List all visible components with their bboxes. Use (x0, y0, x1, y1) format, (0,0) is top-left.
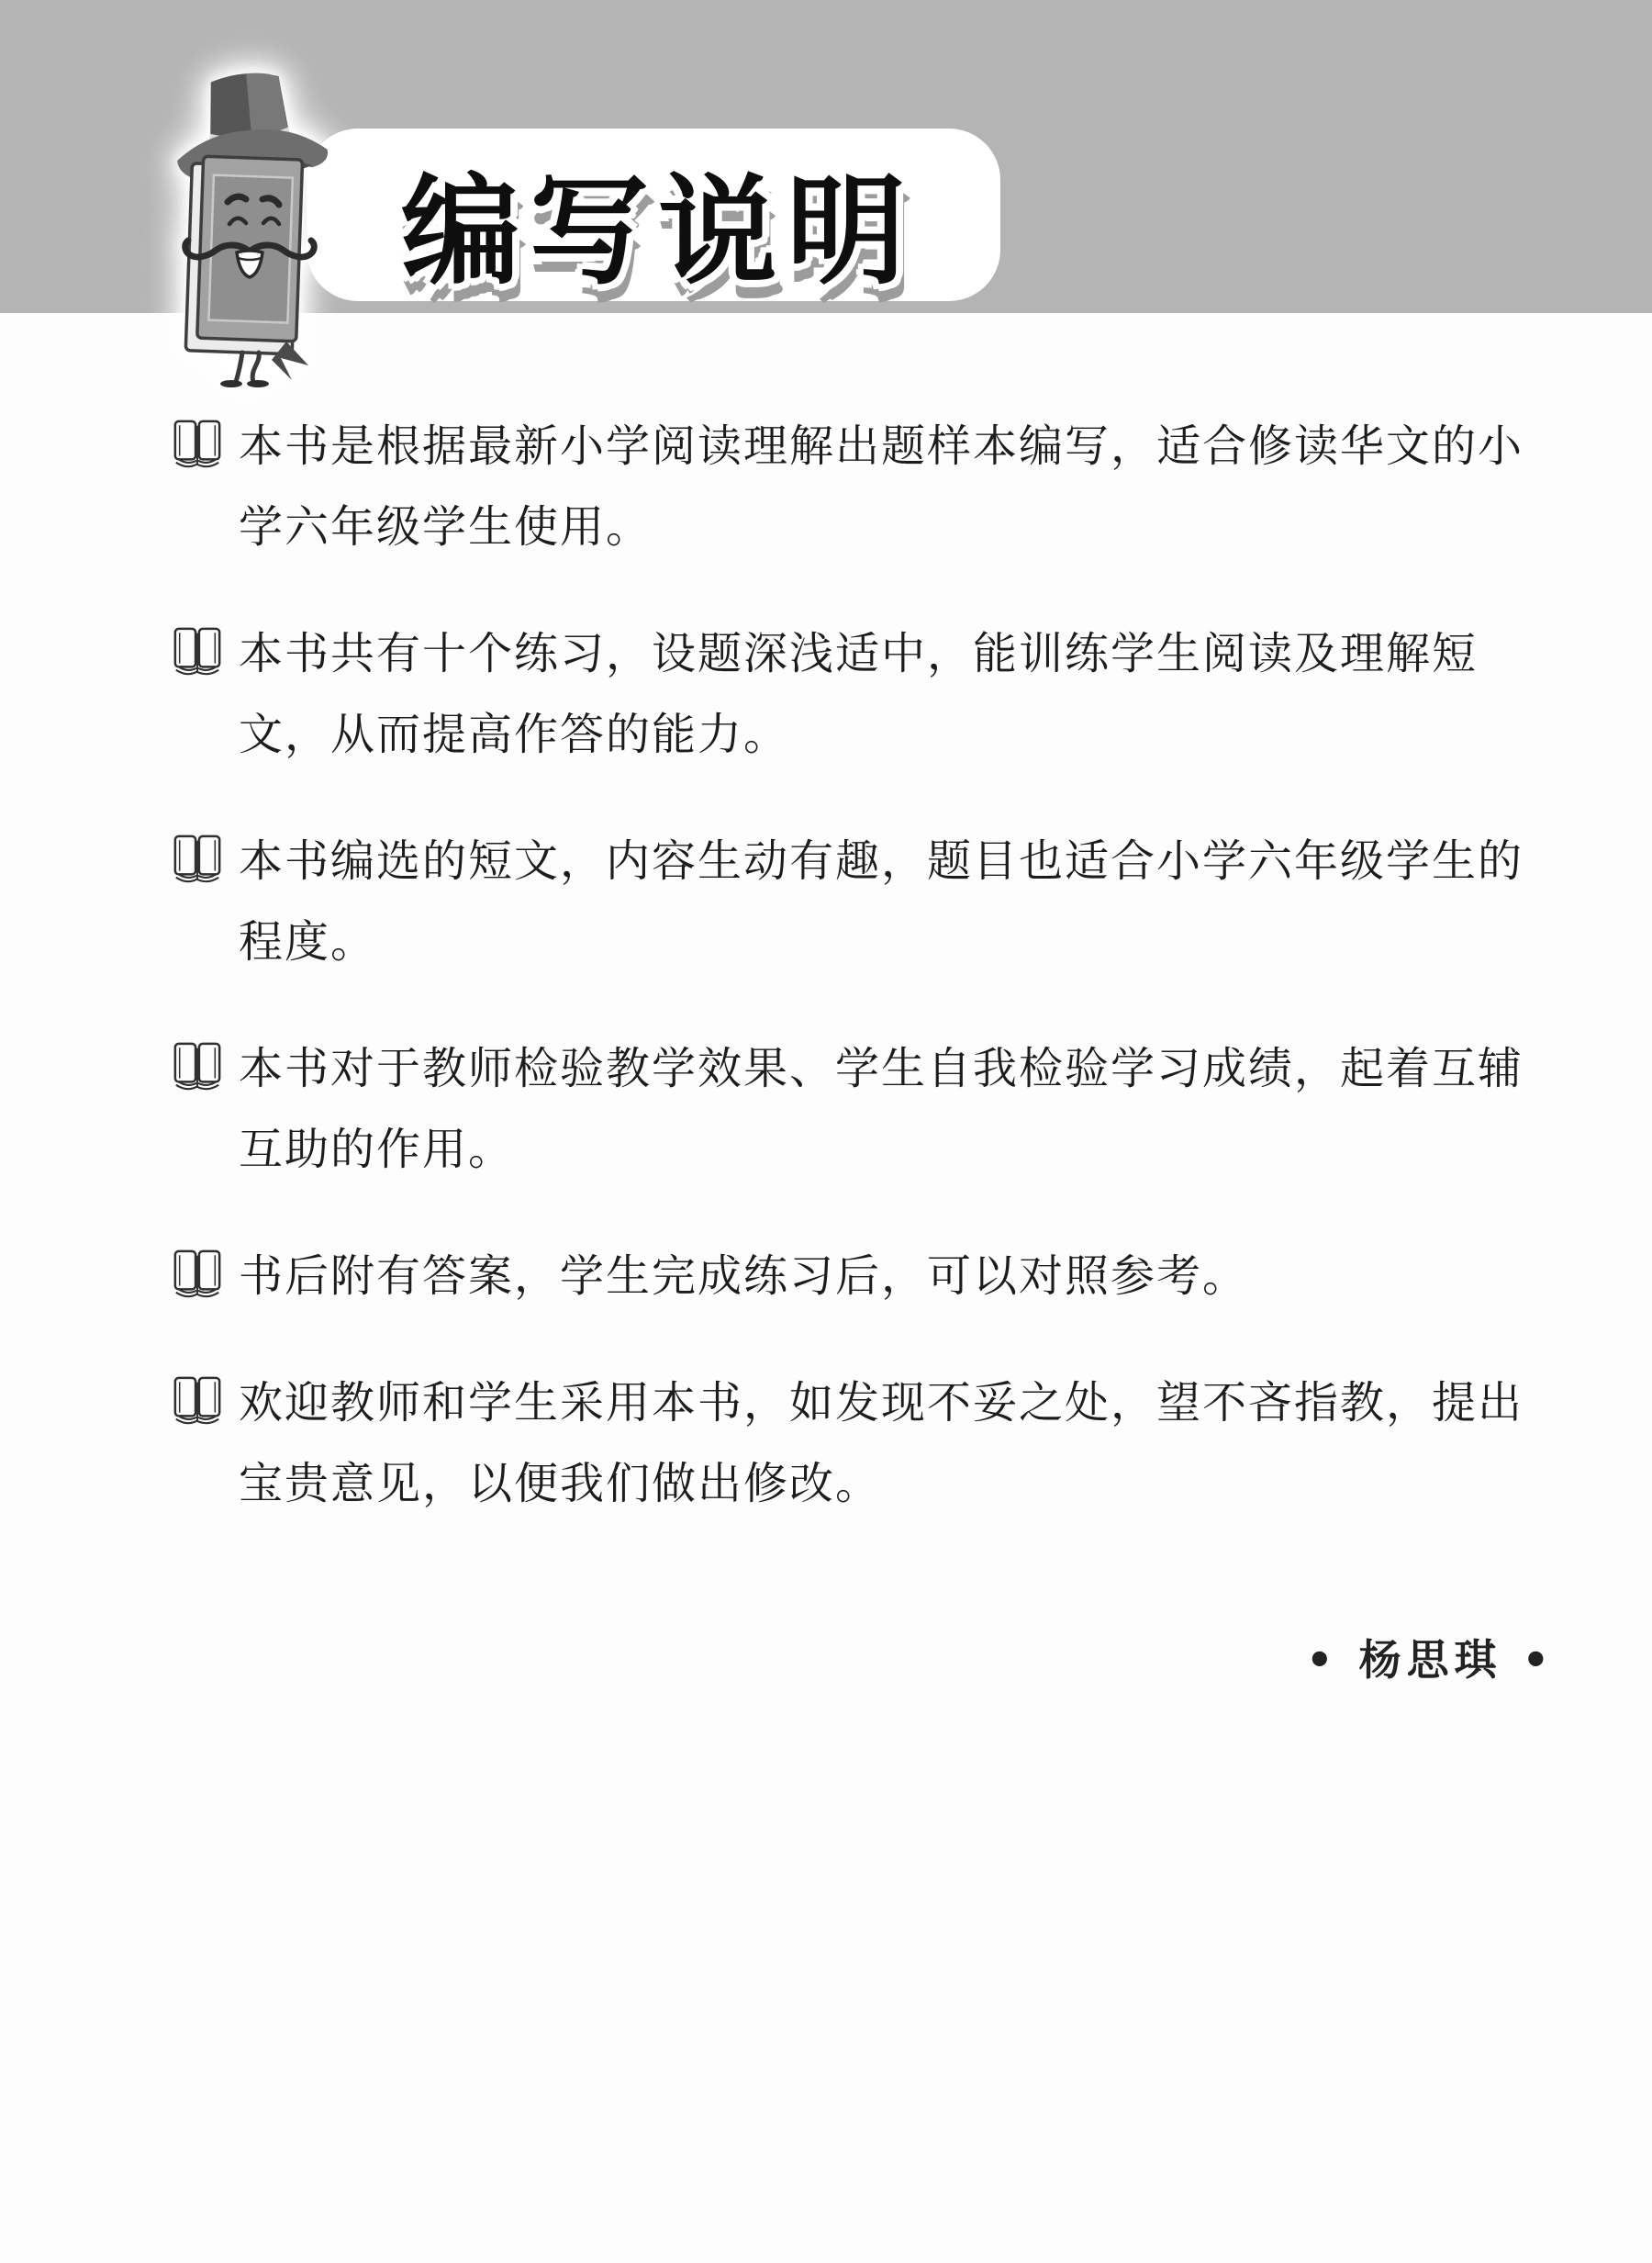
mascot-foot (220, 380, 242, 387)
note-text: 本书是根据最新小学阅读理解出题样本编写，适合修读华文的小 学六年级学生使用。 (239, 406, 1524, 567)
page-title: 编写说明 (307, 129, 1000, 301)
notes-list: 本书是根据最新小学阅读理解出题样本编写，适合修读华文的小 学六年级学生使用。 本… (171, 406, 1575, 1570)
author-credit: • 杨思琪 • (1306, 1627, 1555, 1687)
book-mascot-illustration (147, 70, 334, 387)
note-item: 欢迎教师和学生采用本书，如发现不妥之处，望不吝指教，提出 宝贵意见，以便我们做出… (171, 1362, 1575, 1524)
open-book-icon (171, 626, 224, 678)
note-item: 本书对于教师检验教学效果、学生自我检验学习成绩，起着互辅 互助的作用。 (171, 1028, 1575, 1190)
note-item: 本书共有十个练习，设题深浅适中，能训练学生阅读及理解短 文，从而提高作答的能力。 (171, 613, 1575, 775)
page-background: 编写说明 (0, 0, 1652, 2263)
note-text: 本书对于教师检验教学效果、学生自我检验学习成绩，起着互辅 互助的作用。 (239, 1028, 1524, 1190)
note-item: 本书编选的短文，内容生动有趣，题目也适合小学六年级学生的 程度。 (171, 821, 1575, 982)
open-book-icon (171, 1249, 224, 1300)
book-mascot-svg (147, 70, 334, 387)
note-item: 本书是根据最新小学阅读理解出题样本编写，适合修读华文的小 学六年级学生使用。 (171, 406, 1575, 567)
mascot-legs (236, 353, 259, 382)
open-book-icon (171, 1375, 224, 1427)
note-text: 本书编选的短文，内容生动有趣，题目也适合小学六年级学生的 程度。 (239, 821, 1524, 982)
note-item: 书后附有答案，学生完成练习后，可以对照参考。 (171, 1236, 1575, 1316)
mascot-foot (247, 380, 269, 387)
note-text: 书后附有答案，学生完成练习后，可以对照参考。 (239, 1236, 1248, 1316)
open-book-icon (171, 419, 224, 470)
open-book-icon (171, 1041, 224, 1092)
note-text: 本书共有十个练习，设题深浅适中，能训练学生阅读及理解短 文，从而提高作答的能力。 (239, 613, 1478, 775)
open-book-icon (171, 834, 224, 885)
note-text: 欢迎教师和学生采用本书，如发现不妥之处，望不吝指教，提出 宝贵意见，以便我们做出… (239, 1362, 1524, 1524)
